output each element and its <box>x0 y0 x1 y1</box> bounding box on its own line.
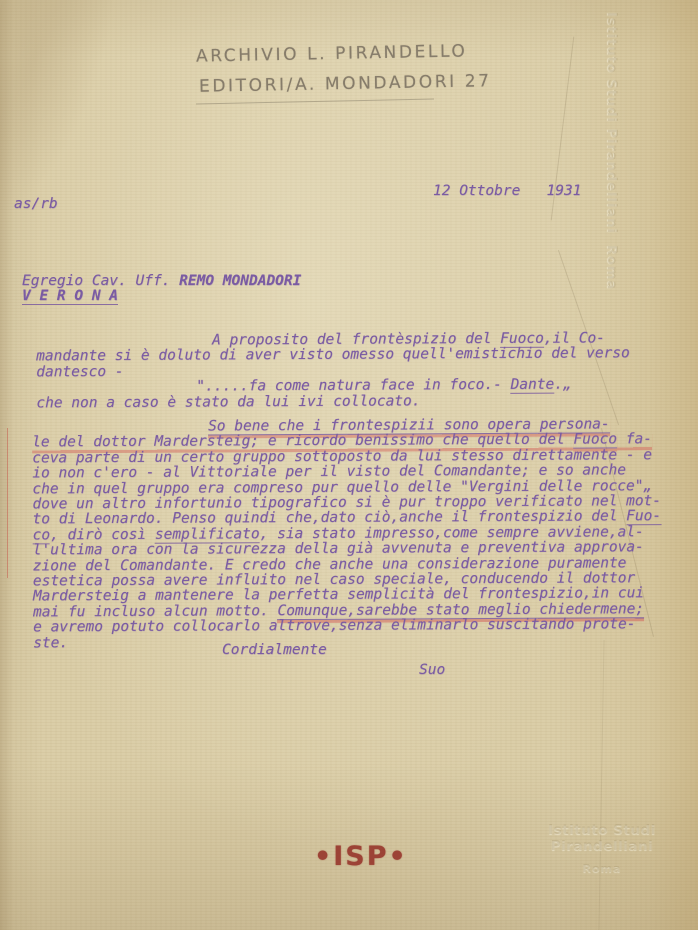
letter-line: V E R O N A <box>22 289 301 304</box>
letter-line: Egregio Cav. Uff. REMO MONDADORI <box>22 274 301 289</box>
letter-text-segment: dantesco - <box>36 364 123 380</box>
letter-text-segment: Egregio Cav. Uff. <box>22 273 179 289</box>
paper-smudge <box>0 0 127 252</box>
letter-text-segment: fa- <box>617 432 652 448</box>
letter-text-segment: V E R O N A <box>22 288 118 305</box>
letter-text-segment: che non a caso è stato da lui ivi colloc… <box>36 393 420 411</box>
letter-text-segment: Dante <box>511 377 555 394</box>
signature: Suo <box>419 663 445 678</box>
archive-note-underline <box>196 99 434 105</box>
closing: Cordialmente <box>222 643 327 658</box>
archive-note-line2: EDITORI/A. MONDADORI 27 <box>199 71 492 97</box>
red-margin-line <box>7 428 8 578</box>
letter-text-segment: mandante si è doluto di aver visto omess… <box>36 346 630 365</box>
embossed-stamp-bottom: Istituto Studi Pirandelliani Roma <box>512 822 692 875</box>
letter-paragraph-2: So bene che i frontespizii sono opera pe… <box>32 417 683 651</box>
recipient-block: Egregio Cav. Uff. REMO MONDADORIV E R O … <box>22 274 301 305</box>
letter-text-segment: e avremo potuto collocarlo altrove,senza… <box>33 617 635 636</box>
crease-line <box>598 640 604 930</box>
isp-stamp: •ISP• <box>314 841 408 872</box>
letter-text-segment: .„ <box>554 377 572 393</box>
letter-text-segment: ".....fa come natura face in foco.- <box>196 377 510 395</box>
embossed-stamp-vertical: Istituto Studi Pirandelliani Roma <box>604 12 618 432</box>
letter-line: che non a caso è stato da lui ivi colloc… <box>36 393 676 412</box>
embossed-stamp-text: Istituto Studi Pirandelliani <box>512 822 692 854</box>
archive-note-line1: ARCHIVIO L. PIRANDELLO <box>196 41 468 66</box>
letter-scan-page: ARCHIVIO L. PIRANDELLO EDITORI/A. MONDAD… <box>0 0 698 930</box>
letter-text-segment: ,il Co- <box>544 330 605 346</box>
letter-text-segment: , dirò così <box>50 527 155 544</box>
reference-code: as/rb <box>14 197 58 212</box>
letter-text-segment: ste. <box>33 635 68 651</box>
letter-paragraph-1: A proposito del frontèspizio del Fuoco,i… <box>36 331 676 411</box>
embossed-stamp-text: Istituto Studi Pirandelliani <box>604 12 619 234</box>
embossed-stamp-city: Roma <box>604 245 619 290</box>
embossed-stamp-city: Roma <box>512 862 692 875</box>
letter-text-segment: REMO MONDADORI <box>179 273 301 289</box>
date-line: 12 Ottobre 1931 <box>433 184 581 199</box>
